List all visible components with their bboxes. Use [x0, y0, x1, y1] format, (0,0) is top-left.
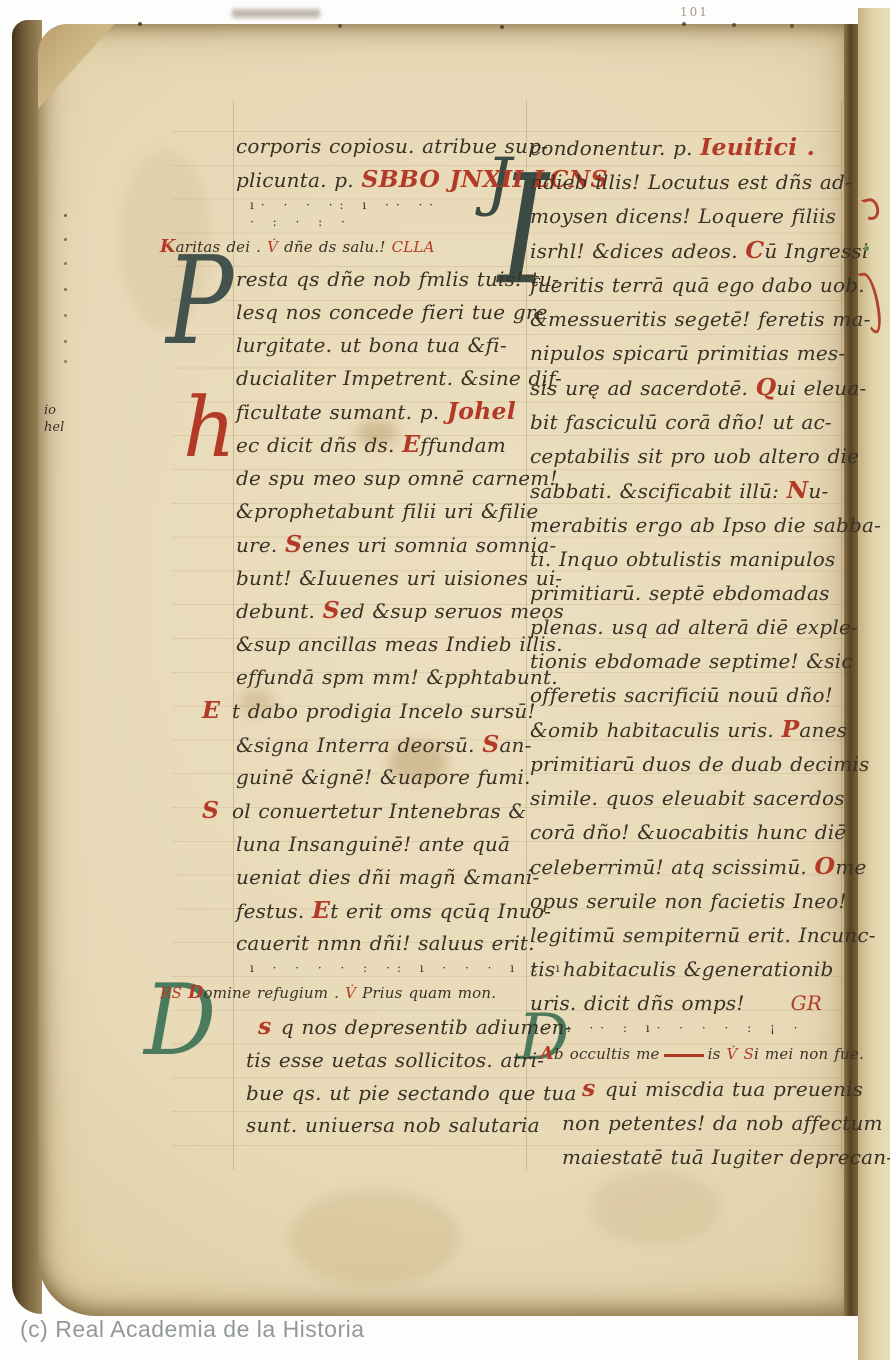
- ink-text: merabitis ergo ab Ipso die sabba-: [530, 513, 881, 537]
- ink-text: effundā spm mm! &pphtabunt.: [236, 665, 558, 689]
- ink-text: anes: [799, 718, 847, 742]
- text-line: ueniat dies dñi magñ &mani-: [236, 861, 538, 894]
- ink-text: tionis ebdomade septime! &sic: [530, 649, 853, 673]
- text-line: corā dño! &uocabitis hunc diē: [530, 815, 848, 849]
- rubric-text: GR: [791, 991, 822, 1015]
- text-line: de spu meo sup omnē carnem!: [236, 462, 538, 495]
- text-line: uris. dicit dñs omps!GR: [530, 986, 848, 1020]
- ink-text: ec dicit dñs ds.: [236, 433, 402, 457]
- right-text-column: condonentur. p. Ieuitici .ndieb illis! L…: [530, 130, 848, 1174]
- text-line: celeberrimū! atq scissimū. Ome: [530, 849, 848, 884]
- rubric-text: K: [160, 236, 176, 257]
- rubric-text: Ieuitici .: [700, 133, 815, 161]
- ink-text: &prophetabunt filii uri &filie: [236, 499, 538, 523]
- ink-text: aritas dei .: [176, 238, 268, 256]
- text-line: &signa Interra deorsū. San-: [236, 728, 538, 762]
- text-line: primitiarū. septē ebdomadas: [530, 576, 848, 610]
- ink-text: ceptabilis sit pro uob altero die: [530, 444, 859, 468]
- rubric-text: D: [188, 982, 204, 1003]
- ink-text: guinē &ignē! &uapore fumi.: [236, 765, 531, 789]
- rubric-text: RS: [160, 984, 188, 1002]
- text-line: fueritis terrā quā ego dabo uob.: [530, 268, 848, 302]
- ink-text: b occultis me: [554, 1045, 660, 1063]
- margin-note: io hel: [44, 402, 64, 436]
- rubric-line: Karitas dei . V̇ dñe ds salu.! CLLA: [160, 231, 538, 264]
- rubric-text: C: [745, 236, 764, 264]
- rubric-text: S: [285, 530, 302, 558]
- rubric-text: CLLA: [392, 238, 435, 256]
- top-inscription-smudge: [232, 9, 320, 18]
- text-line: ure. Senes uri somnia somnia-: [236, 528, 538, 562]
- text-line: sunt. uniuersa nob salutaria: [236, 1109, 538, 1142]
- ink-text: bit fasciculū corā dño! ut ac-: [530, 410, 832, 434]
- ink-text: de spu meo sup omnē carnem!: [236, 466, 558, 490]
- ink-text: ndieb illis! Locutus est dñs ad-: [530, 170, 852, 194]
- ink-text: opus seruile non facietis Ineo!: [530, 889, 847, 913]
- rubric-text: S: [202, 794, 232, 827]
- text-line: maiestatē tuā Iugiter deprecan-: [530, 1140, 848, 1174]
- ink-text: plicunta. p.: [236, 168, 361, 192]
- parchment-stain: [290, 1190, 460, 1285]
- rubric-text: E: [312, 896, 330, 924]
- ink-text: tis esse uetas sollicitos. atri-: [246, 1048, 544, 1072]
- ink-text: ueniat dies dñi magñ &mani-: [236, 865, 539, 889]
- ink-text: plenas. usq ad alterā diē exple-: [530, 615, 858, 639]
- text-line: Sol conuertetur Intenebras &: [236, 794, 538, 828]
- ink-text: resta qs dñe nob fmlis tuis! tu-: [236, 267, 559, 291]
- ink-text: luna Insanguinē! ante quā: [236, 832, 510, 856]
- rubric-line: RS Domine refugium . V̇ Prius quam mon.: [160, 977, 538, 1010]
- rubric-text: s: [258, 1012, 281, 1040]
- ink-text: enes uri somnia somnia-: [302, 533, 556, 557]
- text-line: festus. Et erit oms qcūq Inuo-: [236, 894, 538, 928]
- ink-text: tis habitaculis &generationib: [530, 957, 834, 981]
- parchment-stain: [590, 1170, 720, 1245]
- rubric-text: Q: [756, 373, 777, 401]
- text-line: sis urę ad sacerdotē. Qui eleua-: [530, 370, 848, 405]
- neume-line: ı · · · · : ·: ı · · · ı : ı: [236, 960, 538, 977]
- text-line: s q nos depresentib adiumen-: [236, 1010, 538, 1044]
- ink-text: is: [708, 1045, 727, 1063]
- ink-text: u-: [808, 479, 828, 503]
- ink-text: i mei non fue.: [754, 1045, 864, 1063]
- rubric-text: E: [402, 430, 420, 458]
- text-line: ducialiter Impetrent. &sine dif-: [236, 362, 538, 395]
- ink-text: primitiarū duos de duab decimis: [530, 752, 869, 776]
- text-line: debunt. Sed &sup seruos meos: [236, 594, 538, 628]
- ink-text: ure.: [236, 533, 285, 557]
- rubric-text: O: [815, 852, 836, 880]
- ink-text: omine refugium .: [204, 984, 346, 1002]
- ink-text: corā dño! &uocabitis hunc diē: [530, 820, 846, 844]
- text-line: simile. quos eleuabit sacerdos: [530, 781, 848, 815]
- rubric-text: S: [482, 730, 499, 758]
- manuscript-scan: 101 io hel J P h D I D corporis copiosu.…: [0, 0, 890, 1360]
- ink-text: ū Ingressi: [764, 239, 868, 263]
- ink-text: ducialiter Impetrent. &sine dif-: [236, 366, 562, 390]
- text-line: Et dabo prodigia Incelo sursū!: [236, 694, 538, 728]
- text-line: nipulos spicarū primitias mes-: [530, 336, 848, 370]
- text-line: tis habitaculis &generationib: [530, 952, 848, 986]
- text-line: primitiarū duos de duab decimis: [530, 747, 848, 781]
- text-line: cauerit nmn dñi! saluus erit.: [236, 927, 538, 960]
- text-line: lurgitate. ut bona tua &fi-: [236, 329, 538, 362]
- ink-text: moysen dicens! Loquere filiis: [530, 204, 836, 228]
- text-line: ti. Inquo obtulistis manipulos: [530, 542, 848, 576]
- left-text-column: corporis copiosu. atribue sup-plicunta. …: [236, 130, 538, 1142]
- text-line: legitimū sempiternū erit. Incunc-: [530, 918, 848, 952]
- text-line: offeretis sacrificiū nouū dño!: [530, 678, 848, 712]
- rubric-text: E: [202, 694, 232, 727]
- rubric-text: N: [787, 476, 809, 504]
- ink-text: &omib habitaculis uris.: [530, 718, 781, 742]
- text-line: ceptabilis sit pro uob altero die: [530, 439, 848, 473]
- rubric-text: A: [540, 1043, 554, 1064]
- ink-text: t dabo prodigia Incelo sursū!: [232, 699, 536, 723]
- text-line: isrhl! &dices adeos. Cū Ingressi: [530, 233, 848, 268]
- rubric-text: P: [781, 715, 799, 743]
- drop-cap-h: h: [183, 388, 236, 470]
- ink-text: ti. Inquo obtulistis manipulos: [530, 547, 835, 571]
- text-line: &sup ancillas meas Indieb illis.: [236, 628, 538, 661]
- ink-text: celeberrimū! atq scissimū.: [530, 855, 815, 879]
- copyright-watermark: (c) Real Academia de la Historia: [20, 1316, 365, 1343]
- red-filler-line: [664, 1054, 704, 1057]
- text-line: guinē &ignē! &uapore fumi.: [236, 761, 538, 794]
- text-line: corporis copiosu. atribue sup-: [236, 130, 538, 163]
- ink-text: bue qs. ut pie sectando que tua: [246, 1081, 577, 1105]
- ink-text: q nos depresentib adiumen-: [281, 1015, 572, 1039]
- neume-line: ı· · · ·: ı ·· ··: [236, 197, 538, 214]
- text-line: opus seruile non facietis Ineo!: [530, 884, 848, 918]
- text-line: &omib habitaculis uris. Panes: [530, 712, 848, 747]
- ink-text: nipulos spicarū primitias mes-: [530, 341, 845, 365]
- text-line: moysen dicens! Loquere filiis: [530, 199, 848, 233]
- text-line: ndieb illis! Locutus est dñs ad-: [530, 165, 848, 199]
- ink-text: cauerit nmn dñi! saluus erit.: [236, 931, 535, 955]
- ink-text: ffundam: [420, 433, 506, 457]
- text-line: plicunta. p. SBBO JNXII LCNS: [236, 163, 538, 197]
- ink-text: qui miscdia tua preuenis: [605, 1077, 863, 1101]
- ink-text: t erit oms qcūq Inuo-: [330, 899, 551, 923]
- ink-text: ficultate sumant. p.: [236, 400, 447, 424]
- text-line: &messueritis segetē! feretis ma-: [530, 302, 848, 336]
- text-line: plenas. usq ad alterā diē exple-: [530, 610, 848, 644]
- neume-line: · : ·· : ı· · · · : ¡ ·: [530, 1020, 848, 1037]
- text-line: tionis ebdomade septime! &sic: [530, 644, 848, 678]
- ink-text: &signa Interra deorsū.: [236, 733, 482, 757]
- ink-text: &sup ancillas meas Indieb illis.: [236, 632, 563, 656]
- ink-text: an-: [499, 733, 531, 757]
- ink-text: · : · : ·: [250, 215, 352, 229]
- folio-number: 101: [680, 5, 709, 19]
- rubric-text: S: [323, 596, 340, 624]
- ink-text: sabbati. &scificabit illū:: [530, 479, 787, 503]
- ink-text: condonentur. p.: [530, 136, 700, 160]
- ink-text: ui eleua-: [776, 376, 866, 400]
- text-line: lesq nos concede fieri tue gre: [236, 296, 538, 329]
- ink-text: bunt! &Iuuenes uri uisiones ui-: [236, 566, 562, 590]
- ink-text: sis urę ad sacerdotē.: [530, 376, 756, 400]
- text-line: &prophetabunt filii uri &filie: [236, 495, 538, 528]
- ink-text: sunt. uniuersa nob salutaria: [246, 1113, 540, 1137]
- text-line: tis esse uetas sollicitos. atri-: [236, 1044, 538, 1077]
- ink-text: ı · · · · : ·: ı · · · ı : ı: [250, 961, 567, 975]
- text-line: merabitis ergo ab Ipso die sabba-: [530, 508, 848, 542]
- ink-text: simile. quos eleuabit sacerdos: [530, 786, 845, 810]
- ink-text: lesq nos concede fieri tue gre: [236, 300, 548, 324]
- text-line: non petentes! da nob affectum: [530, 1106, 848, 1140]
- text-line: bunt! &Iuuenes uri uisiones ui-: [236, 562, 538, 595]
- ink-text: dñe ds salu.!: [284, 238, 391, 256]
- text-line: luna Insanguinē! ante quā: [236, 828, 538, 861]
- ink-text: maiestatē tuā Iugiter deprecan-: [562, 1145, 890, 1169]
- text-line: effundā spm mm! &pphtabunt.: [236, 661, 538, 694]
- ink-text: · : ·· : ı· · · · : ¡ ·: [544, 1021, 804, 1035]
- ink-text: festus.: [236, 899, 312, 923]
- text-line: ec dicit dñs ds. Effundam: [236, 428, 538, 462]
- ink-text: legitimū sempiternū erit. Incunc-: [530, 923, 876, 947]
- ink-text: uris. dicit dñs omps!: [530, 991, 745, 1015]
- text-line: bue qs. ut pie sectando que tua: [236, 1077, 538, 1110]
- neume-line: · : · : ·: [236, 214, 538, 231]
- text-line: bit fasciculū corā dño! ut ac-: [530, 405, 848, 439]
- margin-note-line: io: [44, 402, 64, 419]
- ink-text: ol conuertetur Intenebras &: [232, 799, 526, 823]
- rubric-text: V̇: [345, 984, 362, 1002]
- ink-text: &messueritis segetē! feretis ma-: [530, 307, 871, 331]
- rubric-line: Ab occultis meis V̇ Si mei non fue.: [530, 1037, 848, 1071]
- pricking-marks: [64, 214, 67, 217]
- text-line: ficultate sumant. p. Johel: [236, 395, 538, 429]
- facing-page-ink-dot: [864, 246, 869, 251]
- edge-dots: [138, 22, 142, 26]
- page-corner-fold: [38, 24, 134, 108]
- ink-text: lurgitate. ut bona tua &fi-: [236, 333, 507, 357]
- rubric-text: V̇: [267, 238, 284, 256]
- text-line: s qui miscdia tua preuenis: [530, 1071, 848, 1106]
- ink-text: primitiarū. septē ebdomadas: [530, 581, 830, 605]
- ink-text: me: [835, 855, 866, 879]
- ink-text: fueritis terrā quā ego dabo uob.: [530, 273, 865, 297]
- rubric-text: V̇ S: [726, 1045, 753, 1063]
- ink-text: offeretis sacrificiū nouū dño!: [530, 683, 833, 707]
- margin-note-line: hel: [44, 419, 64, 436]
- text-line: condonentur. p. Ieuitici .: [530, 130, 848, 165]
- text-line: sabbati. &scificabit illū: Nu-: [530, 473, 848, 508]
- ink-text: Prius quam mon.: [362, 984, 496, 1002]
- ink-text: isrhl! &dices adeos.: [530, 239, 745, 263]
- text-line: resta qs dñe nob fmlis tuis! tu-: [236, 263, 538, 296]
- rubric-text: s: [582, 1074, 605, 1102]
- ink-text: non petentes! da nob affectum: [562, 1111, 883, 1135]
- ink-text: ı· · · ·: ı ·· ··: [250, 198, 440, 212]
- ink-text: debunt.: [236, 599, 323, 623]
- rubric-text: Johel: [447, 397, 516, 425]
- ink-text: corporis copiosu. atribue sup-: [236, 134, 548, 158]
